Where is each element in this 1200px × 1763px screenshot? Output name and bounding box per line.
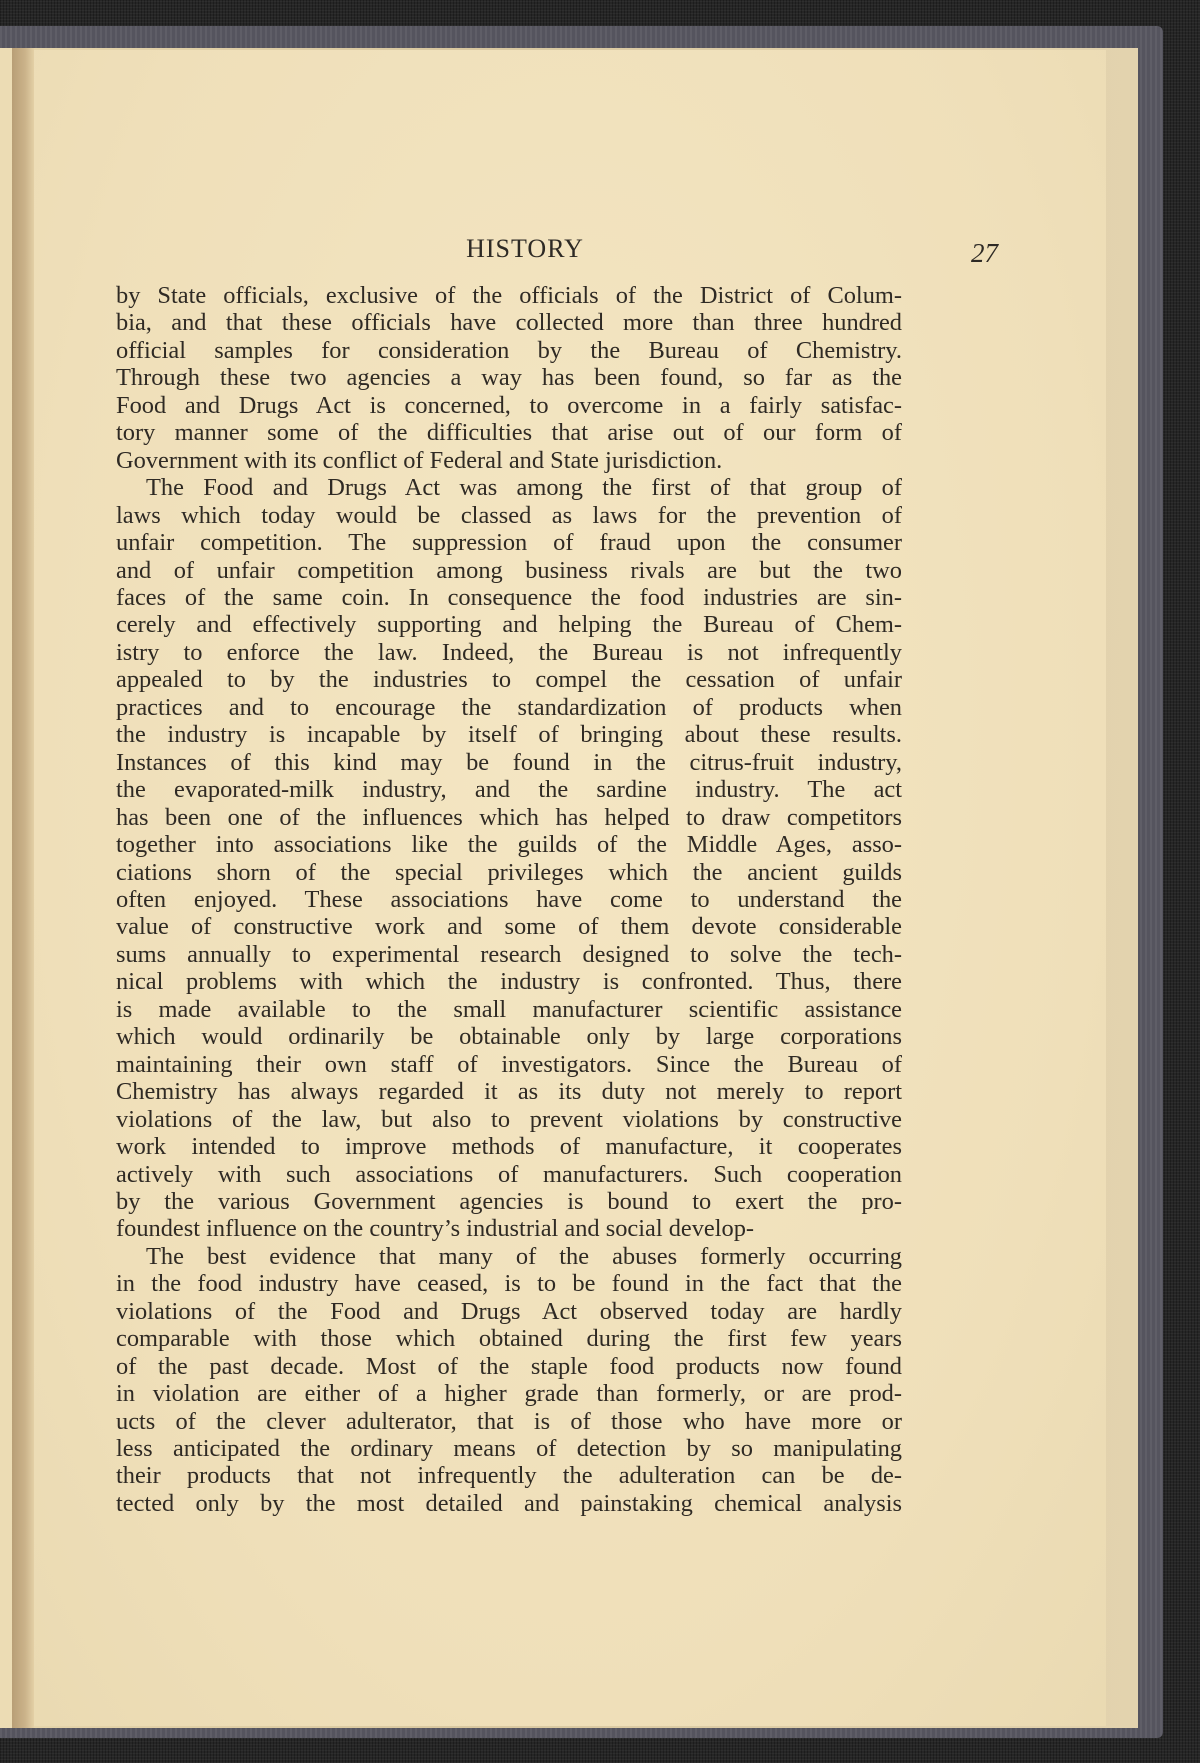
- text-line: is made available to the small manufactu…: [116, 996, 902, 1023]
- text-line: practices and to encourage the standardi…: [116, 694, 902, 721]
- text-line: tected only by the most detailed and pai…: [116, 1490, 902, 1517]
- paragraph-2: The Food and Drugs Act was among the fir…: [116, 474, 902, 1243]
- text-line: by State officials, exclusive of the off…: [116, 282, 902, 309]
- text-line: violations of the Food and Drugs Act obs…: [116, 1298, 902, 1325]
- text-line: faces of the same coin. In consequence t…: [116, 584, 902, 611]
- text-line: which would ordinarily be obtainable onl…: [116, 1023, 902, 1050]
- text-line: Government with its conflict of Federal …: [116, 447, 902, 474]
- text-line: work intended to improve methods of manu…: [116, 1133, 902, 1160]
- text-line: cerely and effectively supporting and he…: [116, 611, 902, 638]
- text-line: istry to enforce the law. Indeed, the Bu…: [116, 639, 902, 666]
- text-line: their products that not infrequently the…: [116, 1462, 902, 1489]
- text-line: ucts of the clever adulterator, that is …: [116, 1408, 902, 1435]
- facing-page-edge: [0, 48, 12, 1728]
- text-line: maintaining their own staff of investiga…: [116, 1051, 902, 1078]
- body-text: by State officials, exclusive of the off…: [116, 282, 902, 1517]
- text-line: official samples for consideration by th…: [116, 337, 902, 364]
- text-line: Food and Drugs Act is concerned, to over…: [116, 392, 902, 419]
- text-line: violations of the law, but also to preve…: [116, 1106, 902, 1133]
- text-line: Instances of this kind may be found in t…: [116, 749, 902, 776]
- text-line: The best evidence that many of the abuse…: [116, 1243, 902, 1270]
- paragraph-1: by State officials, exclusive of the off…: [116, 282, 902, 474]
- book-gutter: [12, 48, 34, 1728]
- text-line: has been one of the influences which has…: [116, 804, 902, 831]
- paragraph-3: The best evidence that many of the abuse…: [116, 1243, 902, 1518]
- text-line: sums annually to experimental research d…: [116, 941, 902, 968]
- text-line: value of constructive work and some of t…: [116, 913, 902, 940]
- text-line: comparable with those which obtained dur…: [116, 1325, 902, 1352]
- text-line: in the food industry have ceased, is to …: [116, 1270, 902, 1297]
- text-line: bia, and that these officials have colle…: [116, 309, 902, 336]
- text-line: nical problems with which the industry i…: [116, 968, 902, 995]
- text-line: ciations shorn of the special privileges…: [116, 859, 902, 886]
- text-line: by the various Government agencies is bo…: [116, 1188, 902, 1215]
- page-number: 27: [971, 238, 998, 269]
- text-line: often enjoyed. These associations have c…: [116, 886, 902, 913]
- text-line: tory manner some of the difficulties tha…: [116, 419, 902, 446]
- text-line: and of unfair competition among business…: [116, 557, 902, 584]
- text-line: The Food and Drugs Act was among the fir…: [116, 474, 902, 501]
- text-line: the industry is incapable by itself of b…: [116, 721, 902, 748]
- text-line: in violation are either of a higher grad…: [116, 1380, 902, 1407]
- text-line: Chemistry has always regarded it as its …: [116, 1078, 902, 1105]
- running-head: HISTORY: [34, 234, 1106, 264]
- text-line: Through these two agencies a way has bee…: [116, 364, 902, 391]
- book-page: HISTORY 27 by State officials, exclusive…: [34, 50, 1106, 1726]
- text-line: laws which today would be classed as law…: [116, 502, 902, 529]
- text-line: actively with such associations of manuf…: [116, 1161, 902, 1188]
- text-line: appealed to by the industries to compel …: [116, 666, 902, 693]
- text-line: the evaporated-milk industry, and the sa…: [116, 776, 902, 803]
- text-line: foundest influence on the country’s indu…: [116, 1215, 902, 1242]
- text-line: less anticipated the ordinary means of d…: [116, 1435, 902, 1462]
- text-line: unfair competition. The suppression of f…: [116, 529, 902, 556]
- text-line: of the past decade. Most of the staple f…: [116, 1353, 902, 1380]
- text-line: together into associations like the guil…: [116, 831, 902, 858]
